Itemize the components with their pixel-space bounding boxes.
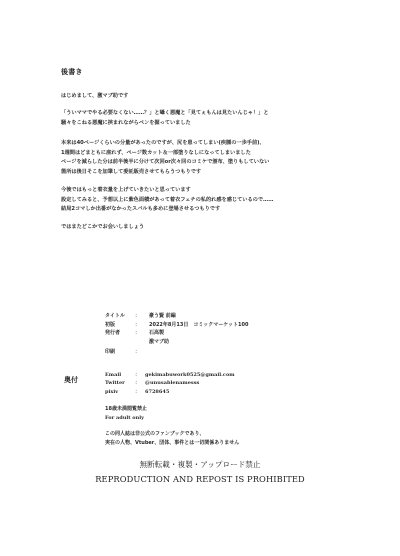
colophon-row-author: 激マブ助: [105, 338, 248, 347]
colophon-separator: ：: [135, 348, 149, 357]
colophon-separator: [135, 338, 149, 347]
colophon-value: 2022年8月13日 コミックマーケット100: [149, 321, 248, 330]
text-line: はじめまして、激マブ助です: [61, 92, 128, 102]
colophon-row-printer: 印刷 ：: [105, 348, 248, 357]
colophon-value: 豪う賢 前編: [149, 312, 176, 321]
contact-separator: ：: [135, 388, 145, 396]
text-line: 騒々をこねる悪魔に挟まれながらペンを握っていました: [61, 119, 269, 129]
contact-row-pixiv: pixiv ： 6728645: [105, 388, 235, 396]
colophon-separator: ：: [135, 321, 149, 330]
colophon-label: [105, 338, 135, 347]
email-link[interactable]: gekimabuwork0525@gmail.com: [145, 371, 235, 379]
colophon-value: 激マブ助: [149, 338, 169, 347]
notices: 18歳未満閲覧禁止 For adult only この同人誌は非公式のファンブッ…: [105, 405, 239, 447]
colophon-separator: ：: [135, 312, 149, 321]
colophon-label: 初版: [105, 321, 135, 330]
pixiv-id[interactable]: 6728645: [145, 388, 169, 396]
contact-label: pixiv: [105, 388, 135, 396]
text-line: 今後ではもっと着衣量を上げていきたいと思っています: [61, 186, 273, 196]
text-line: 結局2コマしか出番がなかったスバルも多めに登場させるつもりです: [61, 205, 273, 215]
colophon-separator: ：: [135, 329, 149, 338]
contact-separator: ：: [135, 371, 145, 379]
contact-info: Email ： gekimabuwork0525@gmail.com Twitt…: [105, 371, 235, 396]
contact-label: Email: [105, 371, 135, 379]
text-line: ページを減らした分は前半後半に分けて次回or次々回のコミケで頒布、塗りもしていな…: [61, 158, 269, 168]
colophon-row-first-edition: 初版 ： 2022年8月13日 コミックマーケット100: [105, 321, 248, 330]
paragraph-closing: ではまたどこかでお会いしましょう: [61, 223, 144, 233]
paragraph-future: 今後ではもっと着衣量を上げていきたいと思っています 設定してみると、予想以上に紫…: [61, 186, 273, 215]
age-restriction-jp: 18歳未満閲覧禁止: [105, 405, 239, 414]
colophon-label: タイトル: [105, 312, 135, 321]
fanbook-notice-line2: 実在の人物、Vtuber、団体、事件とは一切関係ありません: [105, 439, 239, 448]
colophon-row-publisher: 発行者 ： 石高製: [105, 329, 248, 338]
afterword-title: 後書き: [61, 67, 83, 77]
okuzuke-heading: 奥付: [64, 375, 78, 385]
colophon-table: タイトル ： 豪う賢 前編 初版 ： 2022年8月13日 コミックマーケット1…: [105, 312, 248, 357]
colophon-row-title: タイトル ： 豪う賢 前編: [105, 312, 248, 321]
colophon-value: 石高製: [149, 329, 164, 338]
age-restriction-en: For adult only: [105, 414, 239, 423]
text-line: ではまたどこかでお会いしましょう: [61, 223, 144, 233]
contact-row-email: Email ： gekimabuwork0525@gmail.com: [105, 371, 235, 379]
contact-label: Twitter: [105, 379, 135, 387]
colophon-label: 印刷: [105, 348, 135, 357]
contact-row-twitter: Twitter ： @unusablenamesss: [105, 379, 235, 387]
paragraph-pages: 本来は40ページくらいの分量があったのですが、尻を患ってしまい(疾腫の一歩手前)…: [61, 139, 269, 177]
twitter-handle[interactable]: @unusablenamesss: [145, 379, 199, 387]
prohibition-notice-jp: 無断転載・複製・アップロード禁止: [0, 459, 400, 470]
paragraph-intro: 「ういママでやる必要なくない……？」と囁く悪魔と「見てぇもんは見たいんじゃ！」と…: [61, 109, 269, 128]
text-line: 本来は40ページくらいの分量があったのですが、尻を患ってしまい(疾腫の一歩手前)…: [61, 139, 269, 149]
fanbook-notice-line1: この同人誌は非公式のファンブックであり、: [105, 430, 239, 439]
prohibition-notice-en: REPRODUCTION AND REPOST IS PROHIBITED: [0, 474, 400, 484]
paragraph-greeting: はじめまして、激マブ助です: [61, 92, 128, 102]
afterword-page: 後書き はじめまして、激マブ助です 「ういママでやる必要なくない……？」と囁く悪…: [0, 0, 400, 556]
contact-separator: ：: [135, 379, 145, 387]
text-line: 1週間はどまともに座れず、ページ数カット＆一部塗りなしになってしまいました: [61, 149, 269, 159]
text-line: 箇所は後日そこを加筆して委託販売させてもらうつもりです: [61, 168, 269, 178]
text-line: 「ういママでやる必要なくない……？」と囁く悪魔と「見てぇもんは見たいんじゃ！」と: [61, 109, 269, 119]
colophon-label: 発行者: [105, 329, 135, 338]
text-line: 設定してみると、予想以上に紫色面積があって着衣フェチの私的れ感を感じているので……: [61, 196, 273, 206]
